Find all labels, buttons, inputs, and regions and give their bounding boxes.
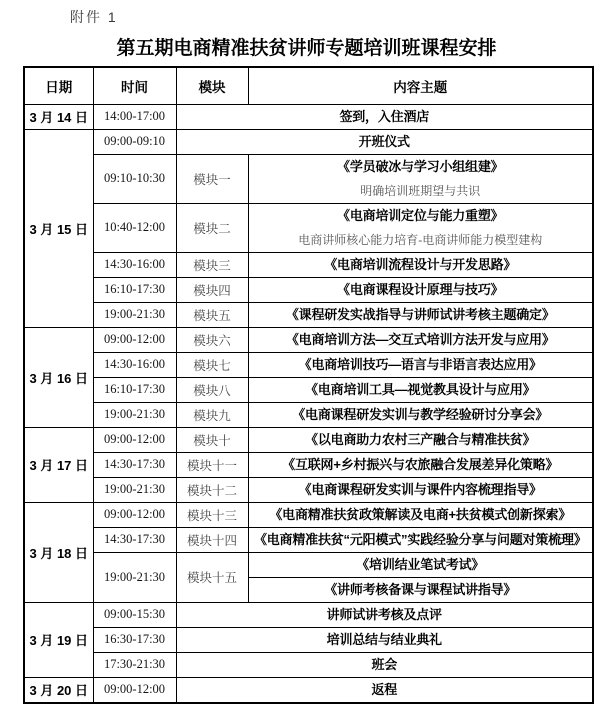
table-row: 3 月 17 日09:00-12:00模块十《以电商助力农村三产融合与精准扶贫》 xyxy=(24,427,593,452)
time-cell: 17:30-21:30 xyxy=(93,652,176,677)
time-cell: 09:00-09:10 xyxy=(93,129,176,154)
content-cell: 《以电商助力农村三产融合与精准扶贫》 xyxy=(248,427,593,452)
table-row: 14:30-17:30模块十四《电商精准扶贫“元阳模式”实践经验分享与问题对策梳… xyxy=(24,527,593,552)
content-line: 《课程研发实战指导与讲师试讲考核主题确定》 xyxy=(251,303,591,327)
date-cell: 3 月 15 日 xyxy=(24,129,93,327)
time-cell: 09:00-12:00 xyxy=(93,427,176,452)
table-row: 16:10-17:30模块四《电商课程设计原理与技巧》 xyxy=(24,277,593,302)
document-page: 附件 1 第五期电商精准扶贫讲师专题培训班课程安排 日期 时间 模块 内容主题 … xyxy=(0,0,613,728)
module-cell: 模块九 xyxy=(176,402,248,427)
content-line: 《培训结业笔试考试》 xyxy=(251,553,591,577)
date-cell: 3 月 19 日 xyxy=(24,602,93,677)
content-cell: 班会 xyxy=(176,652,593,677)
table-row: 10:40-12:00模块二《电商培训定位与能力重塑》电商讲师核心能力培育-电商… xyxy=(24,203,593,252)
header-module: 模块 xyxy=(176,67,248,104)
content-cell: 《电商课程研发实训与教学经验研讨分享会》 xyxy=(248,402,593,427)
header-row: 日期 时间 模块 内容主题 xyxy=(24,67,593,104)
content-cell: 《电商培训流程设计与开发思路》 xyxy=(248,252,593,277)
content-cell: 《电商精准扶贫政策解读及电商+扶贫模式创新探索》 xyxy=(248,502,593,527)
time-cell: 09:00-12:00 xyxy=(93,677,176,703)
module-cell: 模块十二 xyxy=(176,477,248,502)
time-cell: 19:00-21:30 xyxy=(93,552,176,602)
content-line: 《以电商助力农村三产融合与精准扶贫》 xyxy=(251,428,591,452)
time-cell: 10:40-12:00 xyxy=(93,203,176,252)
table-row: 3 月 20 日09:00-12:00返程 xyxy=(24,677,593,703)
time-cell: 19:00-21:30 xyxy=(93,302,176,327)
content-line: 《学员破冰与学习小组组建》 xyxy=(251,155,591,179)
date-cell: 3 月 18 日 xyxy=(24,502,93,602)
table-row: 17:30-21:30班会 xyxy=(24,652,593,677)
table-row: 09:10-10:30模块一《学员破冰与学习小组组建》明确培训班期望与共识 xyxy=(24,154,593,203)
page-title: 第五期电商精准扶贫讲师专题培训班课程安排 xyxy=(0,33,613,60)
module-cell: 模块五 xyxy=(176,302,248,327)
table-row: 16:30-17:30培训总结与结业典礼 xyxy=(24,627,593,652)
table-row: 3 月 16 日09:00-12:00模块六《电商培训方法—交互式培训方法开发与… xyxy=(24,327,593,352)
time-cell: 09:10-10:30 xyxy=(93,154,176,203)
content-cell: 培训总结与结业典礼 xyxy=(176,627,593,652)
content-line: 开班仪式 xyxy=(179,130,591,154)
module-cell: 模块二 xyxy=(176,203,248,252)
content-line: 《电商精准扶贫“元阳模式”实践经验分享与问题对策梳理》 xyxy=(251,528,591,552)
date-cell: 3 月 16 日 xyxy=(24,327,93,427)
content-line: 《电商培训工具—视觉教具设计与应用》 xyxy=(251,378,591,402)
content-cell: 《电商课程设计原理与技巧》 xyxy=(248,277,593,302)
content-line: 《电商课程设计原理与技巧》 xyxy=(251,278,591,302)
content-line: 《电商课程研发实训与课件内容梳理指导》 xyxy=(251,478,591,502)
schedule-rows: 3 月 14 日14:00-17:00签到，入住酒店3 月 15 日09:00-… xyxy=(24,104,593,703)
time-cell: 14:00-17:00 xyxy=(93,104,176,129)
table-row: 3 月 18 日09:00-12:00模块十三《电商精准扶贫政策解读及电商+扶贫… xyxy=(24,502,593,527)
content-line: 返程 xyxy=(179,678,591,702)
module-cell: 模块十 xyxy=(176,427,248,452)
content-line: 签到，入住酒店 xyxy=(179,105,591,129)
time-cell: 16:30-17:30 xyxy=(93,627,176,652)
content-line: 明确培训班期望与共识 xyxy=(251,179,591,203)
time-cell: 14:30-16:00 xyxy=(93,352,176,377)
content-cell: 《培训结业笔试考试》 xyxy=(248,552,593,577)
content-line: 《电商精准扶贫政策解读及电商+扶贫模式创新探索》 xyxy=(251,503,591,527)
table-row: 16:10-17:30模块八《电商培训工具—视觉教具设计与应用》 xyxy=(24,377,593,402)
content-cell: 《学员破冰与学习小组组建》明确培训班期望与共识 xyxy=(248,154,593,203)
content-cell: 《互联网+乡村振兴与农旅融合发展差异化策略》 xyxy=(248,452,593,477)
time-cell: 14:30-17:30 xyxy=(93,452,176,477)
table-row: 3 月 19 日09:00-15:30讲师试讲考核及点评 xyxy=(24,602,593,627)
table-header: 日期 时间 模块 内容主题 xyxy=(24,67,593,104)
header-content: 内容主题 xyxy=(248,67,593,104)
content-cell: 《电商培训方法—交互式培训方法开发与应用》 xyxy=(248,327,593,352)
table-row: 3 月 14 日14:00-17:00签到，入住酒店 xyxy=(24,104,593,129)
time-cell: 14:30-17:30 xyxy=(93,527,176,552)
module-cell: 模块八 xyxy=(176,377,248,402)
time-cell: 09:00-12:00 xyxy=(93,502,176,527)
schedule-table: 日期 时间 模块 内容主题 3 月 14 日14:00-17:00签到，入住酒店… xyxy=(23,66,594,704)
content-cell: 开班仪式 xyxy=(176,129,593,154)
content-cell: 讲师试讲考核及点评 xyxy=(176,602,593,627)
table-row: 19:00-21:30模块九《电商课程研发实训与教学经验研讨分享会》 xyxy=(24,402,593,427)
module-cell: 模块三 xyxy=(176,252,248,277)
time-cell: 19:00-21:30 xyxy=(93,477,176,502)
module-cell: 模块十四 xyxy=(176,527,248,552)
header-date: 日期 xyxy=(24,67,93,104)
content-line: 《电商课程研发实训与教学经验研讨分享会》 xyxy=(251,403,591,427)
content-line: 讲师试讲考核及点评 xyxy=(179,603,591,627)
module-cell: 模块七 xyxy=(176,352,248,377)
content-cell: 返程 xyxy=(176,677,593,703)
content-cell: 《电商培训定位与能力重塑》电商讲师核心能力培育-电商讲师能力模型建构 xyxy=(248,203,593,252)
content-line: 《电商培训技巧—语言与非语言表达应用》 xyxy=(251,353,591,377)
table-row: 14:30-16:00模块七《电商培训技巧—语言与非语言表达应用》 xyxy=(24,352,593,377)
module-cell: 模块一 xyxy=(176,154,248,203)
time-cell: 19:00-21:30 xyxy=(93,402,176,427)
content-cell: 《电商培训技巧—语言与非语言表达应用》 xyxy=(248,352,593,377)
content-line: 《电商培训方法—交互式培训方法开发与应用》 xyxy=(251,328,591,352)
time-cell: 16:10-17:30 xyxy=(93,377,176,402)
content-line: 电商讲师核心能力培育-电商讲师能力模型建构 xyxy=(251,228,591,252)
content-cell: 《电商课程研发实训与课件内容梳理指导》 xyxy=(248,477,593,502)
table-row: 14:30-17:30模块十一《互联网+乡村振兴与农旅融合发展差异化策略》 xyxy=(24,452,593,477)
time-cell: 14:30-16:00 xyxy=(93,252,176,277)
module-cell: 模块十一 xyxy=(176,452,248,477)
content-cell: 《电商培训工具—视觉教具设计与应用》 xyxy=(248,377,593,402)
date-cell: 3 月 14 日 xyxy=(24,104,93,129)
table-row: 14:30-16:00模块三《电商培训流程设计与开发思路》 xyxy=(24,252,593,277)
module-cell: 模块十五 xyxy=(176,552,248,602)
time-cell: 09:00-12:00 xyxy=(93,327,176,352)
table-row: 3 月 15 日09:00-09:10开班仪式 xyxy=(24,129,593,154)
module-cell: 模块四 xyxy=(176,277,248,302)
content-cell: 《电商精准扶贫“元阳模式”实践经验分享与问题对策梳理》 xyxy=(248,527,593,552)
table-row: 19:00-21:30模块十二《电商课程研发实训与课件内容梳理指导》 xyxy=(24,477,593,502)
table-row: 19:00-21:30模块十五《培训结业笔试考试》 xyxy=(24,552,593,577)
content-line: 《互联网+乡村振兴与农旅融合发展差异化策略》 xyxy=(251,453,591,477)
header-time: 时间 xyxy=(93,67,176,104)
module-cell: 模块六 xyxy=(176,327,248,352)
content-line: 培训总结与结业典礼 xyxy=(179,628,591,652)
content-line: 班会 xyxy=(179,653,591,677)
date-cell: 3 月 20 日 xyxy=(24,677,93,703)
content-line: 《讲师考核备课与课程试讲指导》 xyxy=(251,578,591,602)
content-cell: 签到，入住酒店 xyxy=(176,104,593,129)
content-line: 《电商培训流程设计与开发思路》 xyxy=(251,253,591,277)
module-cell: 模块十三 xyxy=(176,502,248,527)
table-row: 19:00-21:30模块五《课程研发实战指导与讲师试讲考核主题确定》 xyxy=(24,302,593,327)
time-cell: 16:10-17:30 xyxy=(93,277,176,302)
content-cell: 《讲师考核备课与课程试讲指导》 xyxy=(248,577,593,602)
content-cell: 《课程研发实战指导与讲师试讲考核主题确定》 xyxy=(248,302,593,327)
content-line: 《电商培训定位与能力重塑》 xyxy=(251,204,591,228)
date-cell: 3 月 17 日 xyxy=(24,427,93,502)
time-cell: 09:00-15:30 xyxy=(93,602,176,627)
attachment-label: 附件 1 xyxy=(70,7,118,27)
